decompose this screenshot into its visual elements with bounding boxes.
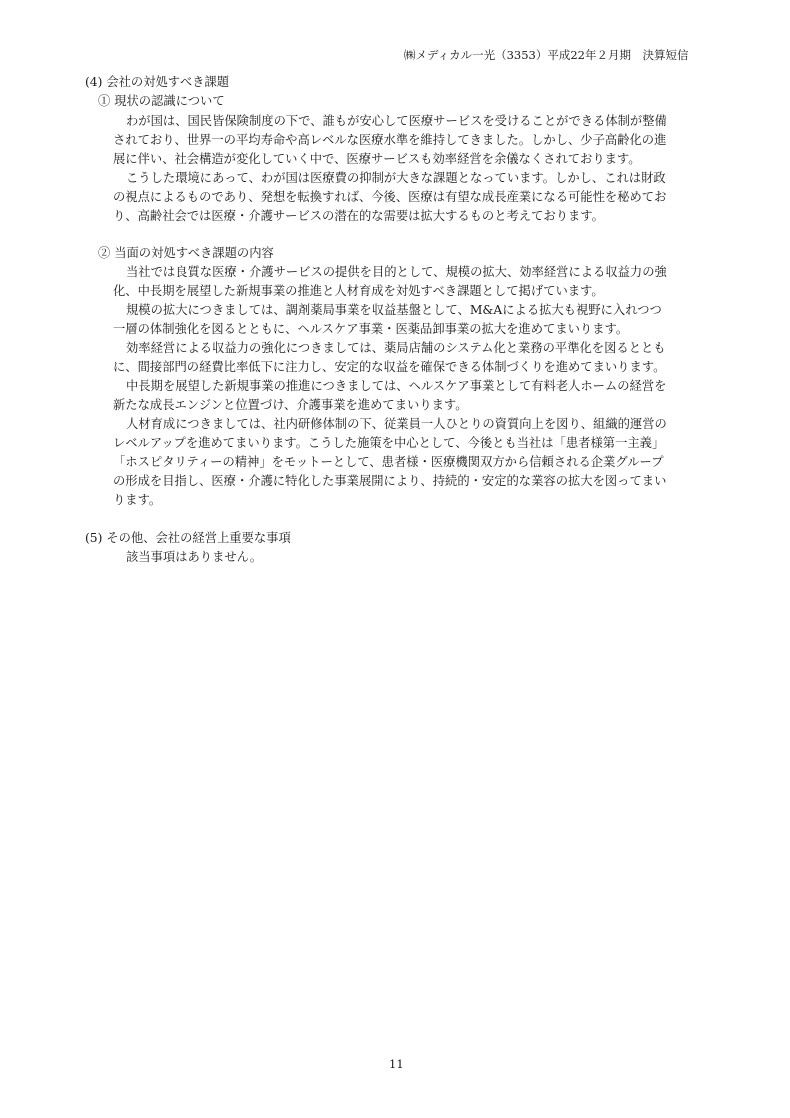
paragraph-line: 一層の体制強化を図るとともに、ヘルスケア事業・医薬品卸事業の拡大を進めてまいりま… <box>113 320 628 338</box>
paragraph-line: ります。 <box>113 491 161 509</box>
section-4-title: (4) 会社の対処すべき課題 <box>85 73 229 91</box>
paragraph-line: 新たな成長エンジンと位置づけ、介護事業を進めてまいります。 <box>113 396 468 414</box>
paragraph-line: されており、世界一の平均寿命や高レベルな医療水準を維持してきました。しかし、少子… <box>113 131 666 149</box>
document-header: ㈱メディカル一光（3353）平成22年２月期 決算短信 <box>404 47 688 63</box>
paragraph-line: 展に伴い、社会構造が変化していく中で、医療サービスも効率経営を余儀なくされており… <box>113 150 641 168</box>
paragraph-line: 化、中長期を展望した新規事業の推進と人材育成を対処すべき課題として掲げています。 <box>113 282 604 300</box>
paragraph-line: 「ホスピタリティーの精神」をモットーとして、患者様・医療機関双方から信頼される企… <box>113 453 664 471</box>
subsection-2-title: ② 当面の対処すべき課題の内容 <box>98 244 274 262</box>
section-5-body: 該当事項はありません。 <box>126 548 262 566</box>
paragraph-line: わが国は、国民皆保険制度の下で、誰もが安心して医療サービスを受けることができる体… <box>126 112 667 130</box>
paragraph-line: の形成を目指し、医療・介護に特化した事業展開により、持続的・安定的な業容の拡大を… <box>113 472 666 490</box>
page-number: 11 <box>389 1057 404 1071</box>
paragraph-line: 効率経営による収益力の強化につきましては、薬局店舗のシステム化と業務の平準化を図… <box>126 339 666 357</box>
subsection-1-title: ① 現状の認識について <box>98 92 225 110</box>
paragraph-line: レベルアップを進めてまいります。こうした施策を中心として、今後とも当社は「患者様… <box>113 434 664 452</box>
section-5-title: (5) その他、会社の経営上重要な事項 <box>85 529 291 547</box>
paragraph-line: こうした環境にあって、わが国は医療費の抑制が大きな課題となっています。しかし、こ… <box>126 169 666 187</box>
paragraph-line: 人材育成につきましては、社内研修体制の下、従業員一人ひとりの資質向上を図り、組織… <box>126 415 667 433</box>
paragraph-line: 規模の拡大につきましては、調剤薬局事業を収益基盤として、M&Aによる拡大も視野に… <box>126 301 662 319</box>
paragraph-line: に、間接部門の経費比率低下に注力し、安定的な収益を確保できる体制づくりを進めてま… <box>113 358 665 376</box>
paragraph-line: り、高齢社会では医療・介護サービスの潜在的な需要は拡大するものと考えております。 <box>113 207 604 225</box>
paragraph-line: の視点によるものであり、発想を転換すれば、今後、医療は有望な成長産業になる可能性… <box>113 188 666 206</box>
paragraph-line: 中長期を展望した新規事業の推進につきましては、ヘルスケア事業として有料老人ホーム… <box>126 377 666 395</box>
paragraph-line: 当社では良質な医療・介護サービスの提供を目的として、規模の拡大、効率経営による収… <box>126 263 667 281</box>
